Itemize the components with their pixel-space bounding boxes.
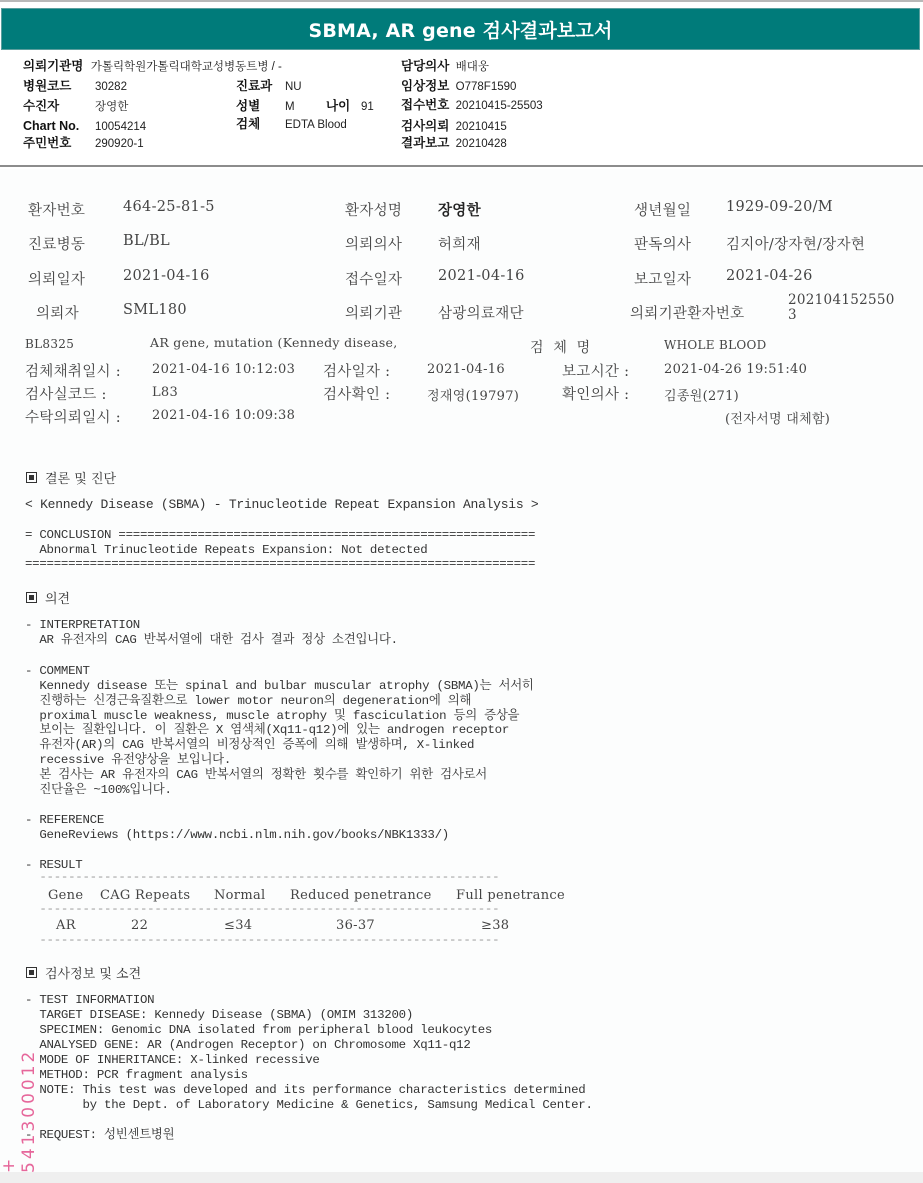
result-header-full-penetrance: Full penetrance [456,888,565,903]
confirming-doctor-value: 김종원(271) [664,385,739,404]
result-cell-full-penetrance: ≥38 [481,918,509,933]
test-info-line: by the Dept. of Laboratory Medicine & Ge… [25,1098,593,1113]
header-test-request: 검사의뢰 20210415 [401,119,507,134]
request-line: - REQUEST: 성빈센트병원 [25,1128,174,1143]
comment-line: Kennedy disease 또는 spinal and bulbar mus… [25,679,534,694]
receipt-date-label: 접수일자 [345,268,402,289]
conclusion-header-line: = CONCLUSION ===========================… [25,528,535,543]
test-confirm-label: 검사확인 : [323,383,390,404]
birthdate-label: 생년월일 [634,199,691,220]
requesting-institution-value: 삼광의료재단 [438,302,524,323]
result-table-bottom-rule: ----------------------------------------… [25,933,499,948]
reference-title: - REFERENCE [25,813,104,828]
ward-value: BL/BL [123,233,170,249]
test-confirm-value: 정재영(19797) [427,385,519,404]
result-cell-normal: ≤34 [224,918,252,933]
patient-name-value: 장영한 [95,101,128,113]
birthdate-value: 1929-09-20/M [726,199,833,215]
header-department: 진료과 [236,79,272,93]
consignment-time-value: 2021-04-16 10:09:38 [152,408,295,423]
collection-time-label: 검체채취일시 : [25,360,121,381]
comment-line: 진단율은 ~100%입니다. [25,783,172,798]
result-cell-cag-repeats: 22 [131,918,148,933]
requester-value: SML180 [123,302,187,318]
test-info-line: METHOD: PCR fragment analysis [25,1068,248,1083]
analysis-title: < Kennedy Disease (SBMA) - Trinucleotide… [25,498,539,513]
patient-number-label: 환자번호 [28,199,85,220]
institution-patient-no-value-line1: 202104152550 [788,293,895,307]
header-age: 나이 [326,99,350,113]
sex-value: M [285,101,295,113]
report-time-value: 2021-04-26 19:51:40 [664,362,807,377]
result-header-reduced-penetrance: Reduced penetrance [290,888,432,903]
chart-no-value: 10054214 [95,121,146,133]
referring-doctor-value: 허희재 [438,233,481,254]
requesting-institution-label: 의뢰기관 [345,302,402,323]
interpretation-text: AR 유전자의 CAG 반복서열에 대한 검사 결과 정상 소견입니다. [25,633,398,648]
header-hospital-code: 병원코드 [23,79,71,93]
test-code: BL8325 [25,337,74,351]
receipt-date-value: 2021-04-16 [438,268,525,284]
header-attending-doctor: 담당의사 배대웅 [401,59,489,74]
resident-no-value: 290920-1 [95,138,144,150]
patient-name-value: 장영한 [438,199,481,220]
report-time-label: 보고시간 : [562,360,629,381]
result-table-top-rule: ----------------------------------------… [25,870,499,885]
header-patient-name: 수진자 [23,99,59,113]
comment-line: 본 검사는 AR 유전자의 CAG 반복서열의 정확한 횟수를 확인하기 위한 … [25,768,487,783]
test-date-label: 검사일자 : [323,360,390,381]
specimen-name-label: 검 체 명 [530,337,590,357]
document-stamp-number: + 541300012 [8,1025,30,1173]
interpretation-title: - INTERPRETATION [25,618,140,633]
consignment-time-label: 수탁의뢰일시 : [25,406,121,427]
header-institution: 의뢰기관명 가톨릭학원가톨릭대학교성병동트병 / - [23,59,282,74]
comment-line: 유전자(AR)의 CAG 반복서열의 비정상적인 증폭에 의해 발생하며, X-… [25,738,474,753]
referring-doctor-label: 의뢰의사 [345,233,402,254]
header-chart-no: Chart No. [23,119,79,133]
report-title: SBMA, AR gene 검사결과보고서 [308,16,612,43]
result-header-cag-repeats: CAG Repeats [100,888,190,903]
test-information-title: - TEST INFORMATION [25,993,154,1008]
hospital-code-value: 30282 [95,81,127,93]
lab-code-value: L83 [152,385,178,400]
department-value: NU [285,81,302,93]
report-date-label: 보고일자 [634,268,691,289]
header-sex: 성별 [236,99,260,113]
report-header: SBMA, AR gene 검사결과보고서 의뢰기관명 가톨릭학원가톨릭대학교성… [0,0,923,167]
conclusion-rule: ========================================… [25,557,535,572]
collection-time-value: 2021-04-16 10:12:03 [152,362,295,377]
patient-name-label: 환자성명 [345,199,402,220]
comment-line: 보이는 질환입니다. 이 질환은 X 염색체(Xq11-q12)에 있는 and… [25,723,509,738]
page-bottom-edge [0,1172,923,1183]
confirming-doctor-label: 확인의사 : [562,383,629,404]
requester-label: 의뢰자 [36,302,79,323]
test-info-line: SPECIMEN: Genomic DNA isolated from peri… [25,1023,492,1038]
lab-code-label: 검사실코드 : [25,383,107,404]
comment-line: proximal muscle weakness, muscle atrophy… [25,709,519,724]
result-header-gene: Gene [48,888,83,903]
reading-doctor-value: 김지아/장자현/장자현 [726,233,865,254]
patient-number-value: 464-25-81-5 [123,199,215,215]
test-info-line: TARGET DISEASE: Kennedy Disease (SBMA) (… [25,1008,413,1023]
comment-line: recessive 유전양상을 보입니다. [25,753,231,768]
square-bullet-icon [26,472,37,483]
header-clinical-info: 임상정보 O778F1590 [401,79,516,94]
square-bullet-icon [26,592,37,603]
result-table-mid-rule: ----------------------------------------… [25,902,499,917]
comment-title: - COMMENT [25,664,90,679]
header-resident-no: 주민번호 [23,136,71,150]
opinion-section-heading: 의견 [26,588,70,607]
result-cell-reduced-penetrance: 36-37 [336,918,375,933]
test-info-line: MODE OF INHERITANCE: X-linked recessive [25,1053,320,1068]
reference-text: GeneReviews (https://www.ncbi.nlm.nih.go… [25,828,449,843]
test-date-value: 2021-04-16 [427,362,505,377]
age-value: 91 [361,101,374,113]
title-bar: SBMA, AR gene 검사결과보고서 [1,8,920,50]
reading-doctor-label: 판독의사 [634,233,691,254]
header-receipt-no: 접수번호 20210415-25503 [401,98,543,113]
ward-label: 진료병동 [28,233,85,254]
report-date-value: 2021-04-26 [726,268,813,284]
institution-patient-no-label: 의뢰기관환자번호 [630,302,744,323]
specimen-name-value: WHOLE BLOOD [664,338,767,352]
square-bullet-icon [26,967,37,978]
specimen-value: EDTA Blood [285,119,347,131]
header-specimen: 검체 [236,117,260,131]
test-info-section-heading: 검사정보 및 소견 [26,963,141,982]
result-header-normal: Normal [214,888,265,903]
test-name: AR gene, mutation (Kennedy disease, [150,335,398,350]
electronic-signature-note: (전자서명 대체함) [725,408,830,427]
conclusion-text: Abnormal Trinucleotide Repeats Expansion… [25,543,427,558]
institution-patient-no-value-line2: 3 [788,308,797,322]
result-cell-gene: AR [56,918,76,933]
conclusion-section-heading: 결론 및 진단 [26,468,116,487]
header-result-report: 결과보고 20210428 [401,136,507,151]
request-date-label: 의뢰일자 [28,268,85,289]
test-info-line: NOTE: This test was developed and its pe… [25,1083,585,1098]
test-info-line: ANALYSED GENE: AR (Androgen Receptor) on… [25,1038,471,1053]
request-date-value: 2021-04-16 [123,268,210,284]
comment-line: 진행하는 신경근육질환으로 lower motor neuron의 degene… [25,694,471,709]
